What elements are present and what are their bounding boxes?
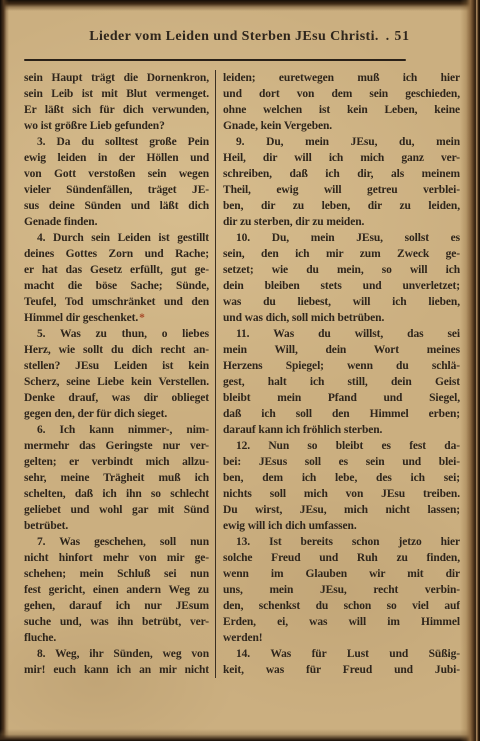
text-line: ohne welchen ist kein Leben, keine (223, 102, 460, 118)
page-edge-top (0, 0, 480, 11)
text-line: setzet; wie du mein, so will ich (223, 262, 460, 278)
text-line: sein, den ich mir zum Zweck ge- (223, 246, 460, 262)
text-line: keit, was für Freud und Jubi- (223, 662, 460, 678)
text-column-left: sein Haupt trägt die Dornenkron,sein Lei… (24, 70, 215, 678)
book-page: Lieder vom Leiden und Sterben JEsu Chris… (0, 0, 480, 741)
text-line: den, schenkst du schon so viel auf (223, 598, 460, 614)
text-line: werden! (223, 630, 460, 646)
text-line: Herz, wie sollt du dich recht an- (24, 342, 209, 358)
text-line: ewig will ich dich umfassen. (223, 518, 460, 534)
text-line: mermehr das Geringste nur ver- (24, 438, 209, 454)
page-edge-left (0, 0, 9, 741)
text-line: bleibt mein Pfand und Siegel, (223, 390, 460, 406)
text-line: Theil, ewig will getreu verblei- (223, 182, 460, 198)
page-title: Lieder vom Leiden und Sterben JEsu Chris… (89, 29, 379, 44)
text-line: 14. Was für Lust und Süßig- (223, 646, 460, 662)
text-line: dein bleiben stets und unverletzet; (223, 278, 460, 294)
text-line: suche und, was ihn betrübt, ver- (24, 614, 209, 630)
text-line: schreiben, daß ich dir, als meinem (223, 166, 460, 182)
text-line: Denke drauf, was dir oblieget (24, 390, 209, 406)
text-line: gest, halt ich still, dein Geist (223, 374, 460, 390)
text-line: sein Leib ist mit Blut vermenget. (24, 86, 209, 102)
text-line: 10. Du, mein JEsu, sollst es (223, 230, 460, 246)
text-line: bei: JEsus soll es sein und blei- (223, 454, 460, 470)
text-line: solche Freud und Ruh zu finden, (223, 550, 460, 566)
text-line: 8. Weg, ihr Sünden, weg von (24, 646, 209, 662)
text-line: fest gericht, einen andern Weg zu (24, 582, 209, 598)
text-line: betrübet. (24, 518, 209, 534)
page-number: . 51 (386, 28, 410, 44)
text-line: wenn im Glauben wir mit dir (223, 566, 460, 582)
page-header: Lieder vom Leiden und Sterben JEsu Chris… (24, 27, 444, 45)
text-line: leiden; euretwegen muß ich hier (223, 70, 460, 86)
text-line: Scherz, seine Liebe kein Verstellen. (24, 374, 209, 390)
text-line: schehen; mein Schluß sei nun (24, 566, 209, 582)
text-line: macht die böse Sache; Sünde, (24, 278, 209, 294)
text-line: Herzens Spiegel; wenn du schlä- (223, 358, 460, 374)
text-line: dir zu sterben, dir zu meiden. (223, 214, 460, 230)
text-line: 4. Durch sein Leiden ist gestillt (24, 230, 209, 246)
text-line: Gnade, kein Vergeben. (223, 118, 460, 134)
page-edge-bottom (0, 729, 480, 741)
text-line: nicht hinfort mehr von mir ge- (24, 550, 209, 566)
text-line: 9. Du, mein JEsu, du, mein (223, 134, 460, 150)
text-line: ben, dem ich lebe, des ich sei; (223, 470, 460, 486)
text-line: was du liebest, will ich lieben, (223, 294, 460, 310)
text-line: 12. Nun so bleibt es fest da- (223, 438, 460, 454)
text-line: Erden, ei, was will im Himmel (223, 614, 460, 630)
text-line: Du wirst, JEsu, mich nicht lassen; (223, 502, 460, 518)
text-line: ben, dir zu leben, dir zu leiden, (223, 198, 460, 214)
text-line: fluche. (24, 630, 209, 646)
text-columns: sein Haupt trägt die Dornenkron,sein Lei… (24, 70, 460, 678)
text-line: vieler Sündenfällen, träget JE- (24, 182, 209, 198)
text-line: daß ich soll den Himmel erben; (223, 406, 460, 422)
text-line: gegen den, der für dich sieget. (24, 406, 209, 422)
text-line: stellen? JEsu Leiden ist kein (24, 358, 209, 374)
text-line: schelten, daß ich ihn so schlecht (24, 486, 209, 502)
text-line: 6. Ich kann nimmer-, nim- (24, 422, 209, 438)
text-column-right: leiden; euretwegen muß ich hierund dort … (215, 70, 460, 678)
text-line: gelten; er verbindt mich allzu- (24, 454, 209, 470)
text-line: Genade finden. (24, 214, 209, 230)
book-spine-edge (460, 0, 480, 741)
text-line: wo ist größre Lieb gefunden? (24, 118, 209, 134)
text-line: gehen, darauf ich nur JEsum (24, 598, 209, 614)
text-line: 3. Da du solltest große Pein (24, 134, 209, 150)
text-line: und dort von dem sein geschieden, (223, 86, 460, 102)
text-line: 13. Ist bereits schon jetzo hier (223, 534, 460, 550)
header-rule (24, 59, 406, 61)
text-line: uns, mein JEsu, recht verbin- (223, 582, 460, 598)
text-line: und was dich, soll mich betrüben. (223, 310, 460, 326)
text-line: mein Will, dein Wort meines (223, 342, 460, 358)
text-line: 5. Was zu thun, o liebes (24, 326, 209, 342)
text-line: nichts soll mich von JEsu treiben. (223, 486, 460, 502)
text-line: er hat das Gesetz erfüllt, gut ge- (24, 262, 209, 278)
text-line: mir! euch kann ich an mir nicht (24, 662, 209, 678)
text-line: von Gott verstoßen sein wegen (24, 166, 209, 182)
text-line: sehr, meine Trägheit muß ich (24, 470, 209, 486)
text-line: sus deine Sünden und läßt dich (24, 198, 209, 214)
text-line: sein Haupt trägt die Dornenkron, (24, 70, 209, 86)
text-line: 11. Was du willst, das sei (223, 326, 460, 342)
text-line: deines Gottes Zorn und Rache; (24, 246, 209, 262)
text-line: darauf kann ich fröhlich sterben. (223, 422, 460, 438)
text-line: Teufel, Tod umschränket und den (24, 294, 209, 310)
footnote-mark: * (139, 312, 145, 324)
text-line: geliebet und wohl gar mit Sünd (24, 502, 209, 518)
text-line: Heil, dir will ich mich ganz ver- (223, 150, 460, 166)
text-line: 7. Was geschehen, soll nun (24, 534, 209, 550)
text-line: ewig leiden in der Höllen und (24, 150, 209, 166)
text-line: Himmel dir geschenket.* (24, 310, 209, 326)
text-line: Er läßt sich für dich verwunden, (24, 102, 209, 118)
